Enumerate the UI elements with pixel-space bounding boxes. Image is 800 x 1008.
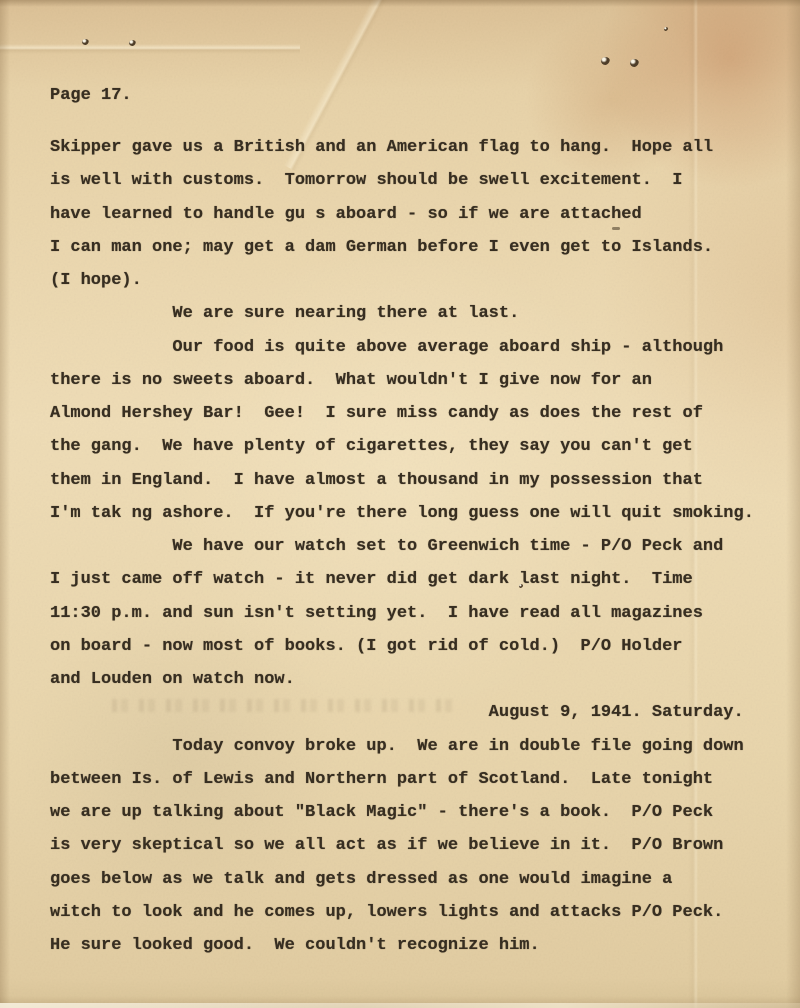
text-line: witch to look and he comes up, lowers li… (50, 896, 754, 929)
date-line: August 9, 1941. Saturday. (50, 696, 754, 729)
text-line: we are up talking about "Black Magic" - … (50, 796, 754, 829)
page-number-label: Page 17. (50, 86, 132, 105)
ink-speck (664, 27, 668, 31)
text-line: We have our watch set to Greenwich time … (50, 530, 754, 563)
text-line: and Louden on watch now. (50, 663, 754, 696)
text-line: is very skeptical so we all act as if we… (50, 829, 754, 862)
text-line: have learned to handle gu s aboard - so … (50, 198, 754, 231)
text-line: I just came off watch - it never did get… (50, 563, 754, 596)
text-line: Skipper gave us a British and an America… (50, 131, 754, 164)
page-bottom-edge (0, 1003, 800, 1008)
typed-body-text: Skipper gave us a British and an America… (50, 131, 754, 962)
text-line: there is no sweets aboard. What wouldn't… (50, 364, 754, 397)
text-line: Today convoy broke up. We are in double … (50, 730, 754, 763)
text-line: on board - now most of books. (I got rid… (50, 630, 754, 663)
ink-speck (129, 40, 136, 46)
text-line: goes below as we talk and gets dressed a… (50, 863, 754, 896)
ink-speck (82, 39, 89, 45)
ink-speck (601, 57, 610, 65)
text-line: the gang. We have plenty of cigarettes, … (50, 430, 754, 463)
text-line: I can man one; may get a dam German befo… (50, 231, 754, 264)
text-line: them in England. I have almost a thousan… (50, 464, 754, 497)
paper-crease (0, 44, 300, 54)
text-line: He sure looked good. We couldn't recogni… (50, 929, 754, 962)
text-line: is well with customs. Tomorrow should be… (50, 164, 754, 197)
ink-speck (630, 59, 639, 67)
text-line: between Is. of Lewis and Northern part o… (50, 763, 754, 796)
text-line: I'm tak ng ashore. If you're there long … (50, 497, 754, 530)
text-line: Our food is quite above average aboard s… (50, 331, 754, 364)
text-line: (I hope). (50, 264, 754, 297)
text-line: 11:30 p.m. and sun isn't setting yet. I … (50, 597, 754, 630)
text-line: We are sure nearing there at last. (50, 297, 754, 330)
diary-page: Page 17. Skipper gave us a British and a… (0, 0, 800, 1008)
text-line: Almond Hershey Bar! Gee! I sure miss can… (50, 397, 754, 430)
